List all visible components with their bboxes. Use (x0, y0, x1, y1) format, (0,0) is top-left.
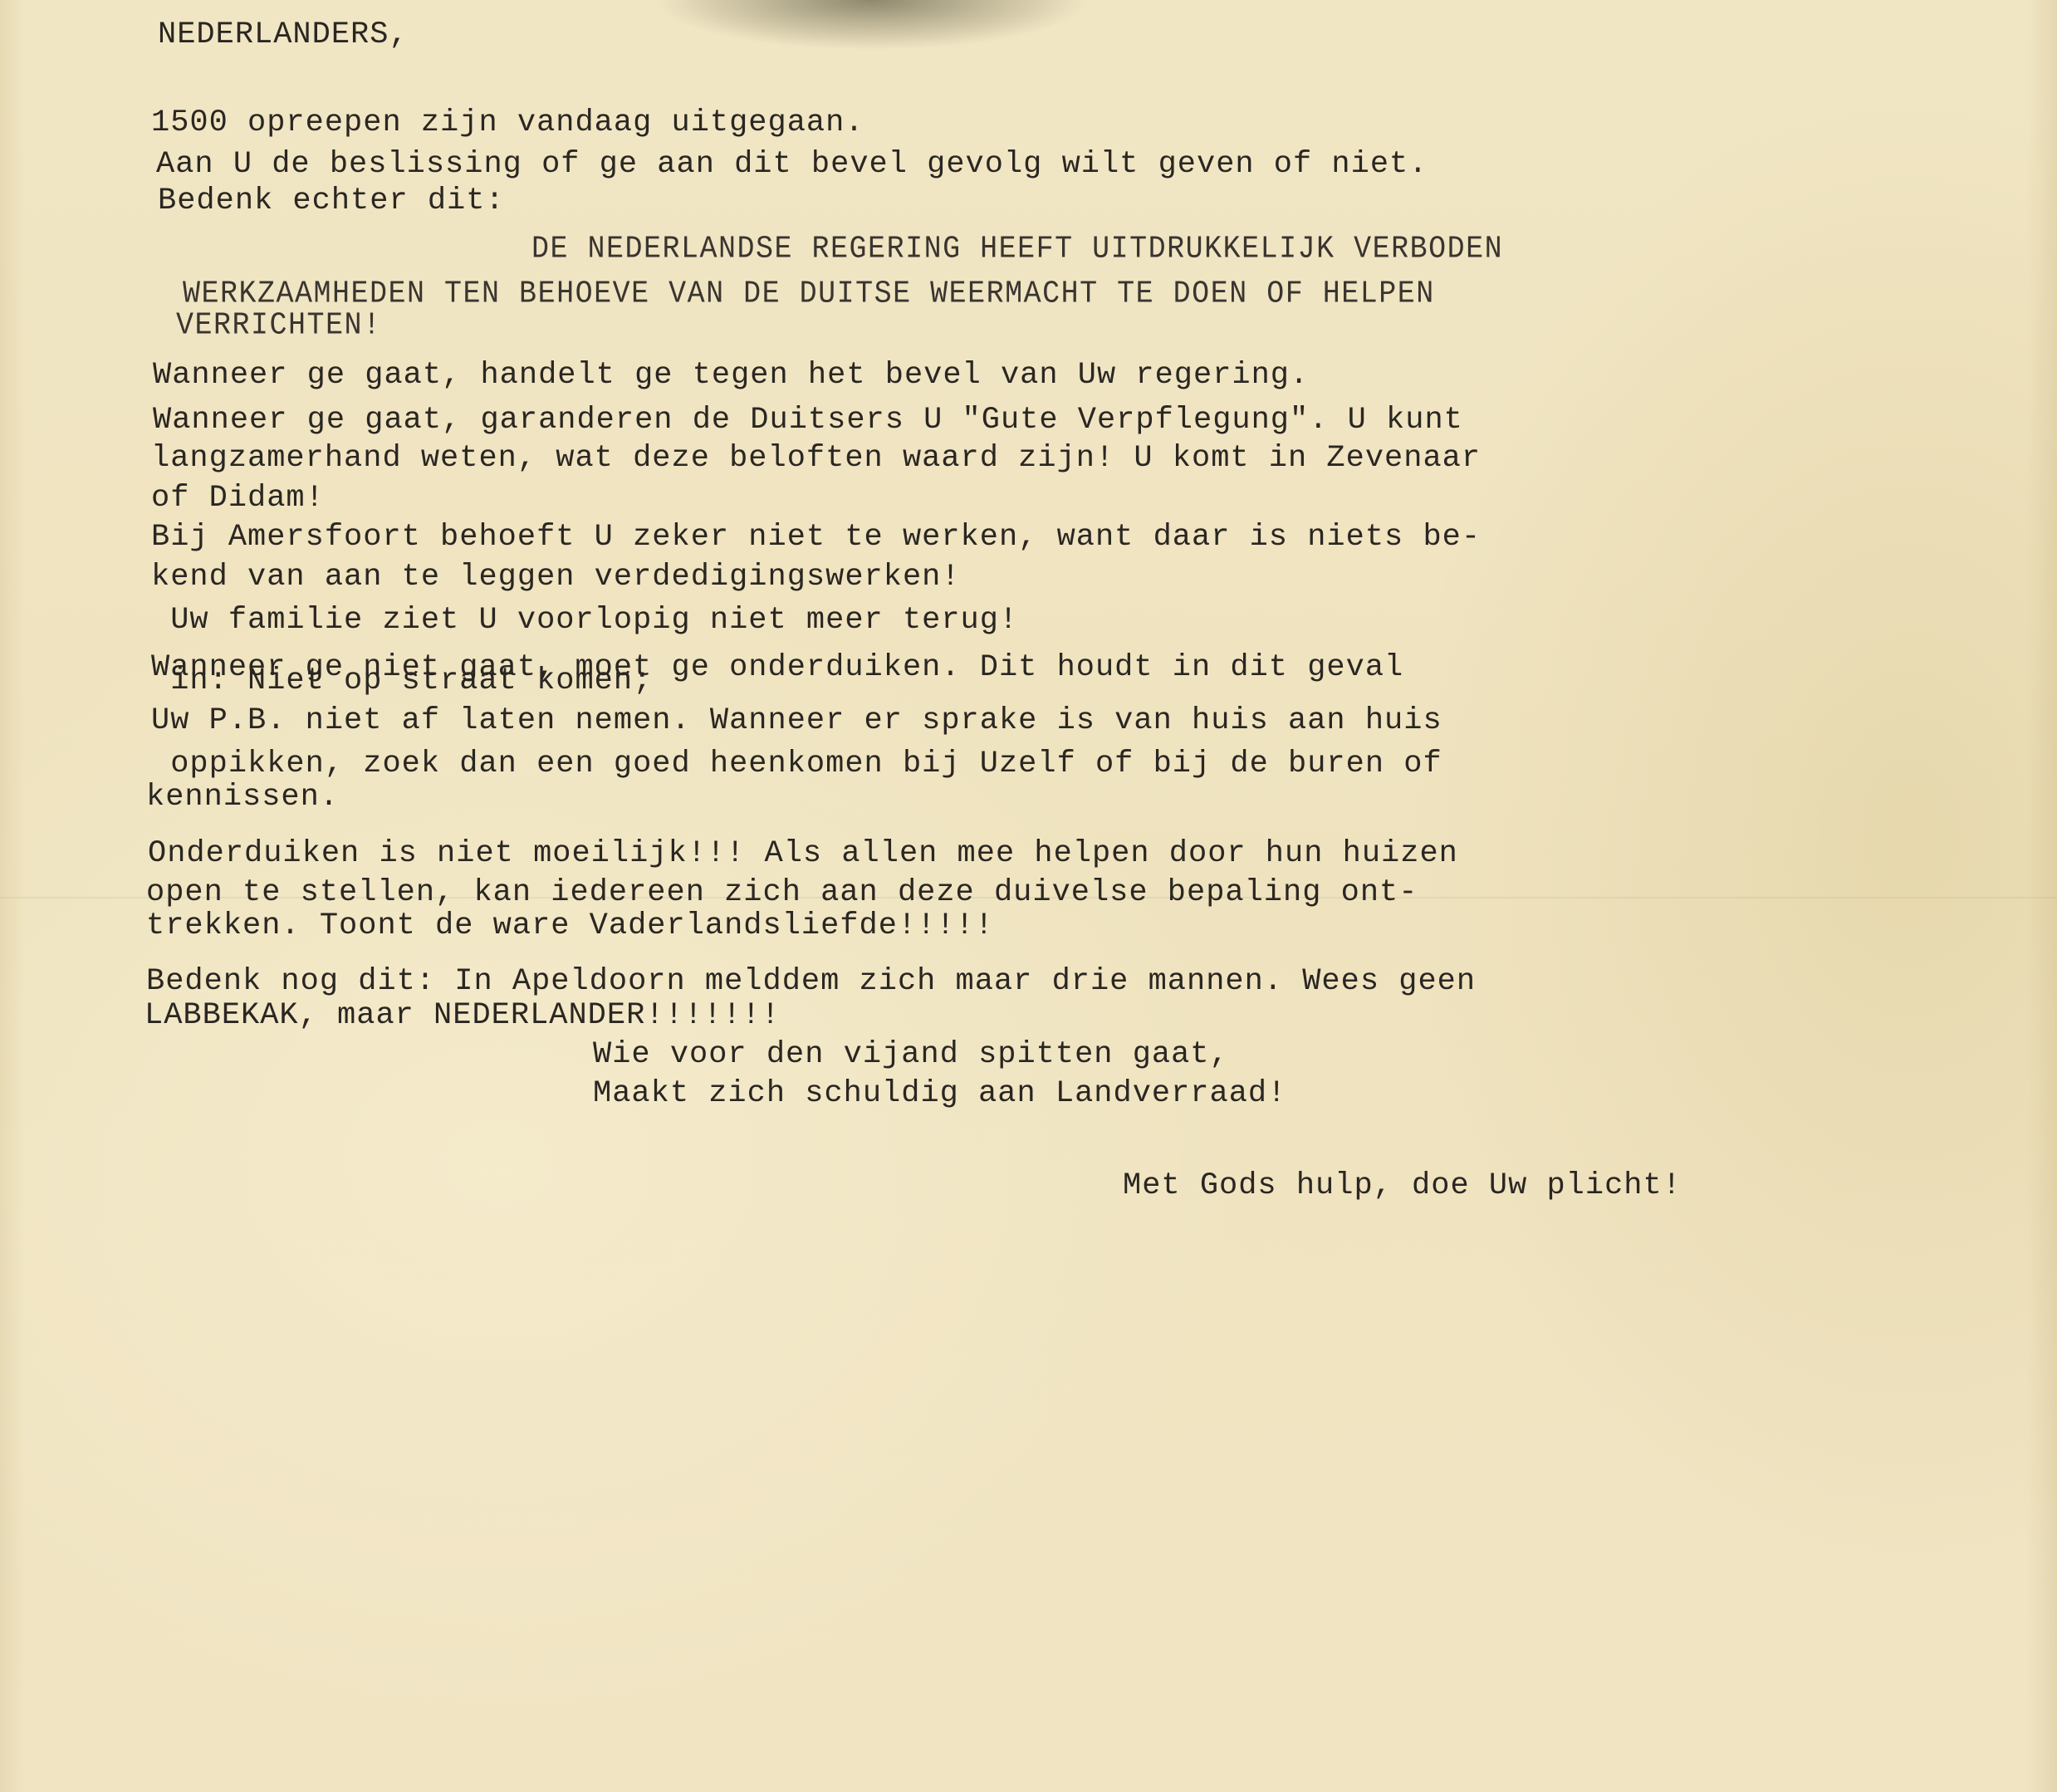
body-line: LABBEKAK, maar NEDERLANDER!!!!!!! (144, 999, 781, 1032)
paragraph-line: Bedenk echter dit: (158, 184, 505, 218)
body-line: Onderduiken is niet moeilijk!!! Als alle… (148, 837, 1458, 870)
body-line: trekken. Toont de ware Vaderlandsliefde!… (146, 909, 994, 943)
body-line: Wanneer ge gaat, handelt ge tegen het be… (153, 359, 1309, 392)
body-line: Wanneer ge gaat, garanderen de Duitsers … (153, 404, 1463, 437)
closing-line: Met Gods hulp, doe Uw plicht! (1123, 1169, 1682, 1202)
notice-line: DE NEDERLANDSE REGERING HEEFT UITDRUKKEL… (531, 231, 1503, 267)
body-line: Bedenk nog dit: In Apeldoorn melddem zic… (146, 965, 1476, 998)
typed-leaflet-page: NEDERLANDERS, 1500 opreepen zijn vandaag… (0, 0, 2057, 1792)
body-line: kend van aan te leggen verdedigingswerke… (151, 561, 961, 594)
body-line: langzamerhand weten, wat deze beloften w… (151, 442, 1481, 475)
body-line: open te stellen, kan iedereen zich aan d… (146, 876, 1418, 909)
body-line: kennissen. (146, 781, 339, 814)
salutation: NEDERLANDERS, (158, 18, 409, 51)
verse-line: Wie voor den vijand spitten gaat, (593, 1038, 1229, 1071)
body-line: Uw P.B. niet af laten nemen. Wanneer er … (151, 704, 1442, 737)
body-line: of Didam! (151, 482, 325, 515)
notice-line: VERRICHTEN! (176, 307, 382, 343)
body-line: oppikken, zoek dan een goed heenkomen bi… (151, 747, 1442, 781)
body-line: in: Niet op straat komen; (151, 664, 652, 698)
notice-line: WERKZAAMHEDEN TEN BEHOEVE VAN DE DUITSE … (183, 276, 1435, 311)
verse-line: Maakt zich schuldig aan Landverraad! (593, 1077, 1286, 1110)
body-line: Uw familie ziet U voorlopig niet meer te… (151, 604, 1018, 637)
body-line: Bij Amersfoort behoeft U zeker niet te w… (151, 521, 1481, 554)
paragraph-line: Aan U de beslissing of ge aan dit bevel … (156, 148, 1428, 181)
paragraph-line: 1500 opreepen zijn vandaag uitgegaan. (151, 106, 864, 140)
